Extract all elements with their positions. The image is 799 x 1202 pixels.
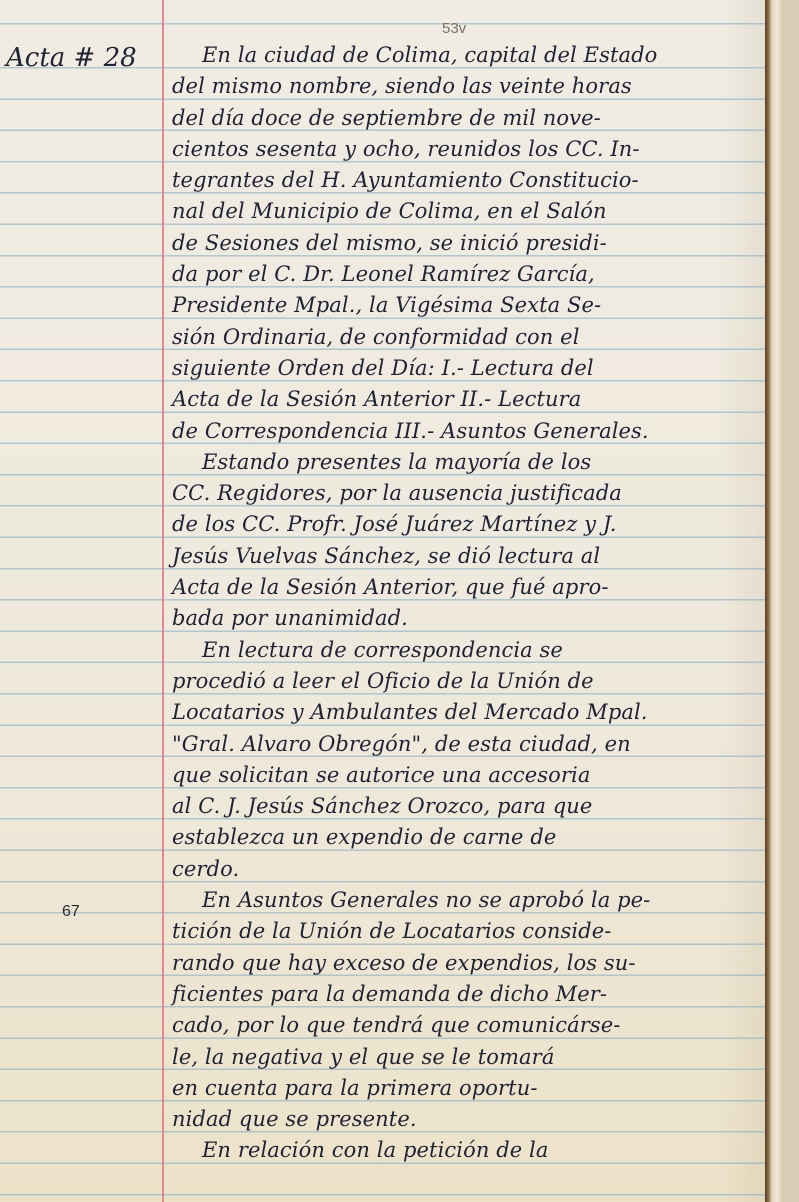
text-line: siguiente Orden del Día: I.- Lectura del xyxy=(172,353,777,384)
text-line: cientos sesenta y ocho, reunidos los CC.… xyxy=(172,134,777,165)
acta-label: Acta # 28 xyxy=(6,43,137,73)
handwritten-minutes: En la ciudad de Colima, capital del Esta… xyxy=(172,40,777,1167)
text-line: Jesús Vuelvas Sánchez, se dió lectura al xyxy=(172,541,777,572)
text-line: cerdo. xyxy=(172,854,777,885)
text-line: da por el C. Dr. Leonel Ramírez García, xyxy=(172,259,777,290)
text-line: Locatarios y Ambulantes del Mercado Mpal… xyxy=(172,697,777,728)
text-line: Acta de la Sesión Anterior, que fué apro… xyxy=(172,572,777,603)
text-line: de los CC. Profr. José Juárez Martínez y… xyxy=(172,509,777,540)
text-line: CC. Regidores, por la ausencia justifica… xyxy=(172,478,777,509)
text-line: al C. J. Jesús Sánchez Orozco, para que xyxy=(172,791,777,822)
text-line: En lectura de correspondencia se xyxy=(172,635,777,666)
text-line: establezca un expendio de carne de xyxy=(172,822,777,853)
text-line: tegrantes del H. Ayuntamiento Constituci… xyxy=(172,165,777,196)
text-line: del mismo nombre, siendo las veinte hora… xyxy=(172,71,777,102)
text-line: ficientes para la demanda de dicho Mer- xyxy=(172,979,777,1010)
text-line: Acta de la Sesión Anterior II.- Lectura xyxy=(172,384,777,415)
text-line: rando que hay exceso de expendios, los s… xyxy=(172,948,777,979)
text-line: procedió a leer el Oficio de la Unión de xyxy=(172,666,777,697)
ledger-page: 53v Acta # 28 67 En la ciudad de Colima,… xyxy=(0,0,782,1202)
text-line: Estando presentes la mayoría de los xyxy=(172,447,777,478)
text-line: en cuenta para la primera oportu- xyxy=(172,1073,777,1104)
text-line: le, la negativa y el que se le tomará xyxy=(172,1042,777,1073)
text-line: cado, por lo que tendrá que comunicárse- xyxy=(172,1010,777,1041)
page-number: 53v xyxy=(442,20,466,37)
red-margin-line xyxy=(162,0,164,1202)
text-line: nal del Municipio de Colima, en el Salón xyxy=(172,196,777,227)
text-line: que solicitan se autorice una accesoria xyxy=(172,760,777,791)
text-line: En Asuntos Generales no se aprobó la pe- xyxy=(172,885,777,916)
text-line: nidad que se presente. xyxy=(172,1104,777,1135)
text-line: Presidente Mpal., la Vigésima Sexta Se- xyxy=(172,290,777,321)
book-binding-edge xyxy=(765,0,782,1202)
text-line: En la ciudad de Colima, capital del Esta… xyxy=(172,40,777,71)
text-line: de Sesiones del mismo, se inició presidi… xyxy=(172,228,777,259)
text-line: sión Ordinaria, de conformidad con el xyxy=(172,322,777,353)
text-line: "Gral. Alvaro Obregón", de esta ciudad, … xyxy=(172,729,777,760)
text-line: En relación con la petición de la xyxy=(172,1135,777,1166)
text-line: de Correspondencia III.- Asuntos General… xyxy=(172,416,777,447)
text-line: bada por unanimidad. xyxy=(172,603,777,634)
text-line: del día doce de septiembre de mil nove- xyxy=(172,103,777,134)
margin-note-number: 67 xyxy=(62,903,80,921)
text-line: tición de la Unión de Locatarios conside… xyxy=(172,916,777,947)
